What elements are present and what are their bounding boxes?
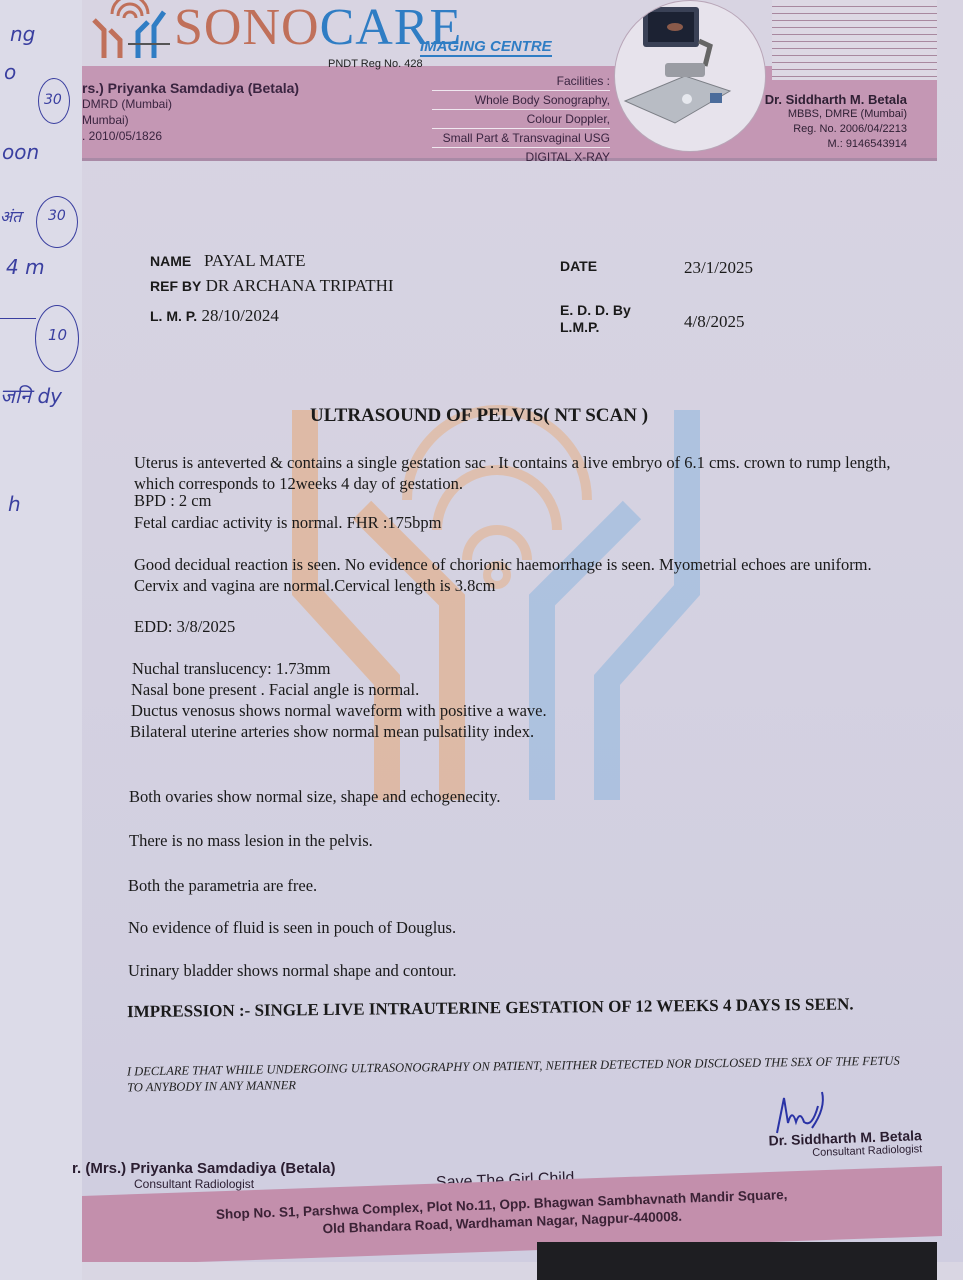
right-doctor-details: Dr. Siddharth M. Betala MBBS, DMRE (Mumb… [722,92,907,152]
facility-item: Colour Doppler, [432,110,610,129]
left-doctor-reg: . 2010/05/1826 [82,128,299,144]
left-doctor-details: rs.) Priyanka Samdadiya (Betala) DMRD (M… [82,80,299,144]
finding-nt: Nuchal translucency: 1.73mm [132,658,892,679]
lmp-label: L. M. P. [150,308,197,324]
handwritten-note: जनि dy [0,382,62,409]
right-doctor-name: Dr. Siddharth M. Betala [722,92,907,107]
date-label-wrap: DATE [560,256,597,276]
edd-label-wrap: E. D. D. By L.M.P. [560,302,631,336]
handwritten-note: 4 m [6,255,45,279]
report-page: SONOCARE IMAGING CENTRE PNDT Reg No. 428… [82,0,963,1280]
handwritten-note: ng [10,22,35,46]
left-doctor-name: rs.) Priyanka Samdadiya (Betala) [82,80,299,96]
sonocare-logo-icon [90,0,170,58]
referred-by: DR ARCHANA TRIPATHI [206,276,394,295]
facilities-heading: Facilities : [432,72,610,91]
patient-name: PAYAL MATE [204,251,306,270]
header-stripes [772,0,937,80]
handwritten-note: h [8,492,21,516]
finding-decidual: Good decidual reaction is seen. No evide… [134,554,894,596]
left-doctor-qualification: DMRD (Mumbai) [82,96,299,112]
lmp-date: 28/10/2024 [201,306,278,325]
left-signatory: r. (Mrs.) Priyanka Samdadiya (Betala) Co… [72,1160,335,1191]
lmp-row: L. M. P. 28/10/2024 [150,306,279,326]
referred-by-row: REF BY DR ARCHANA TRIPATHI [150,276,394,296]
finding-urinary-bladder: Urinary bladder shows normal shape and c… [128,960,888,981]
brand-subtitle: IMAGING CENTRE [420,38,552,57]
handwritten-note: oon [2,140,39,164]
right-doctor-reg: Reg. No. 2006/04/2213 [722,122,907,137]
finding-nasal-bone: Nasal bone present . Facial angle is nor… [131,679,891,700]
referred-by-label: REF BY [150,278,201,294]
patient-name-label: NAME [150,253,191,269]
right-signatory: Dr. Siddharth M. Betala Consultant Radio… [762,1127,923,1161]
finding-fhr: Fetal cardiac activity is normal. FHR :1… [134,512,894,533]
patient-name-row: NAME PAYAL MATE [150,251,306,271]
facilities-list: Facilities : Whole Body Sonography, Colo… [432,72,610,166]
impression: IMPRESSION :- SINGLE LIVE INTRAUTERINE G… [127,992,907,1023]
right-doctor-mobile: M.: 9146543914 [722,137,907,152]
finding-uterine-arteries: Bilateral uterine arteries show normal m… [130,721,890,742]
finding-ovaries: Both ovaries show normal size, shape and… [129,786,889,807]
finding-ductus-venosus: Ductus venosus shows normal waveform wit… [131,700,891,721]
underlying-dark-object [537,1242,937,1280]
date-label: DATE [560,258,597,274]
finding-bpd: BPD : 2 cm [134,490,894,511]
edd-by-lmp: 4/8/2025 [684,312,744,332]
facility-item: DIGITAL X-RAY [432,148,610,166]
handwritten-line [0,318,36,319]
pndt-registration: PNDT Reg No. 428 [328,58,423,70]
report-date: 23/1/2025 [684,258,753,278]
finding-mass-lesion: There is no mass lesion in the pelvis. [129,830,889,851]
finding-uterus: Uterus is anteverted & contains a single… [134,452,894,494]
finding-pouch-of-douglas: No evidence of fluid is seen in pouch of… [128,917,888,938]
left-doctor-line2: Mumbai) [82,112,299,128]
finding-parametria: Both the parametria are free. [128,875,888,896]
facility-item: Whole Body Sonography, [432,91,610,110]
handwritten-note: 30 [48,208,66,224]
right-doctor-qualification: MBBS, DMRE (Mumbai) [722,107,907,122]
handwritten-note: 30 [44,92,62,108]
finding-edd: EDD: 3/8/2025 [134,616,894,637]
adjacent-page-handwritten-notes: ng o 30 oon अंत 30 4 m 10 जनि dy h [0,0,83,1280]
left-signatory-name: r. (Mrs.) Priyanka Samdadiya (Betala) [72,1160,335,1177]
handwritten-note: अंत [0,205,21,227]
edd-label-lmp: L.M.P. [560,319,631,336]
edd-label: E. D. D. By [560,302,631,319]
handwritten-note: o [4,60,16,84]
facility-item: Small Part & Transvaginal USG [432,129,610,148]
handwritten-note: 10 [48,326,67,344]
report-title: ULTRASOUND OF PELVIS( NT SCAN ) [310,405,648,427]
